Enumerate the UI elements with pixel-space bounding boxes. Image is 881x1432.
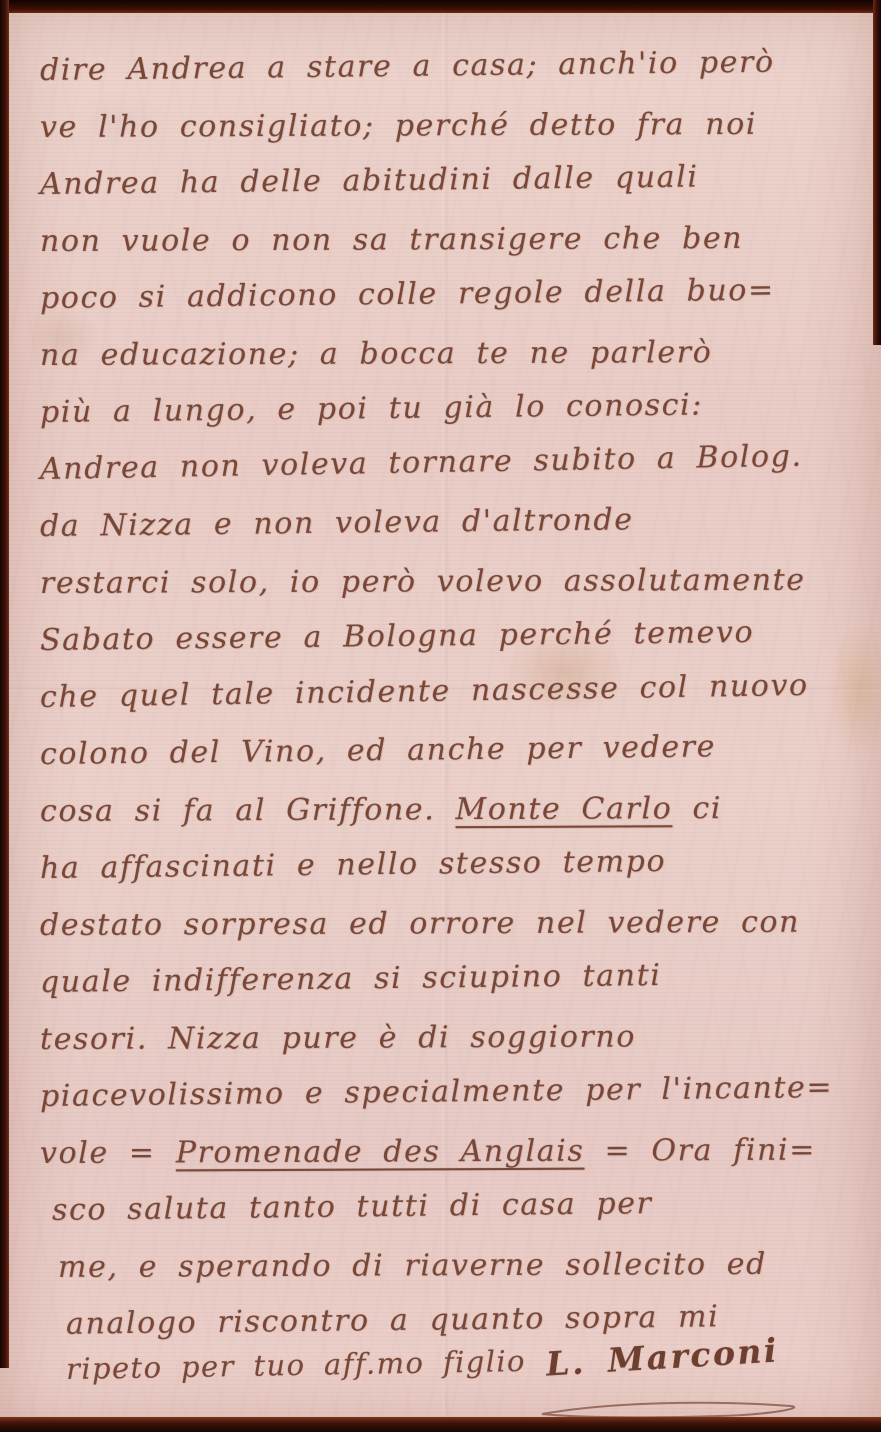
scanned-letter: { "document": { "kind": "handwritten let… (0, 0, 881, 1432)
letter-line: cosa si fa al Griffone. Monte Carlo ci (40, 779, 868, 840)
letter-line: piacevolissimo e specialmente per l'inca… (40, 1059, 869, 1125)
letter-line: ve l'ho consigliato; perché detto fra no… (40, 95, 868, 156)
letter-line: na educazione; a bocca te ne parlerò (40, 323, 868, 384)
letter-line: da Nizza e non voleva d'altronde (40, 489, 869, 555)
letter-line: poco si addicono colle regole della buo= (40, 261, 869, 327)
letter-lines: dire Andrea a stare a casa; anch'io però… (40, 42, 868, 1353)
letter-line: destato sorpresa ed orrore nel vedere co… (40, 893, 868, 954)
letter-line: colono del Vino, ed anche per vedere (40, 717, 869, 783)
scan-edge-bottom (0, 1417, 881, 1432)
scan-edge-right (873, 0, 881, 345)
letter-line: non vuole o non sa transigere che ben (40, 209, 868, 270)
letter-line: restarci solo, io però volevo assolutame… (40, 551, 868, 612)
letter-line: vole = Promenade des Anglais = Ora fini= (40, 1121, 868, 1182)
letter-line: tesori. Nizza pure è di soggiorno (40, 1007, 868, 1068)
closing-text: ripeto per tuo aff.mo figlio (66, 1344, 526, 1386)
letter-line: me, e sperando di riaverne sollecito ed (40, 1235, 868, 1296)
letter-line: ha affascinati e nello stesso tempo (40, 831, 869, 897)
letter-line: quale indifferenza si sciupino tanti (40, 945, 869, 1011)
letter-line: dire Andrea a stare a casa; anch'io però (40, 33, 869, 99)
scan-edge-top (0, 0, 881, 13)
letter-line: Andrea ha delle abitudini dalle quali (40, 147, 869, 213)
letter-line: sco saluta tanto tutti di casa per (40, 1173, 869, 1239)
letter-line: che quel tale incidente nascesse col nuo… (40, 656, 869, 726)
scan-edge-left (0, 0, 9, 1368)
